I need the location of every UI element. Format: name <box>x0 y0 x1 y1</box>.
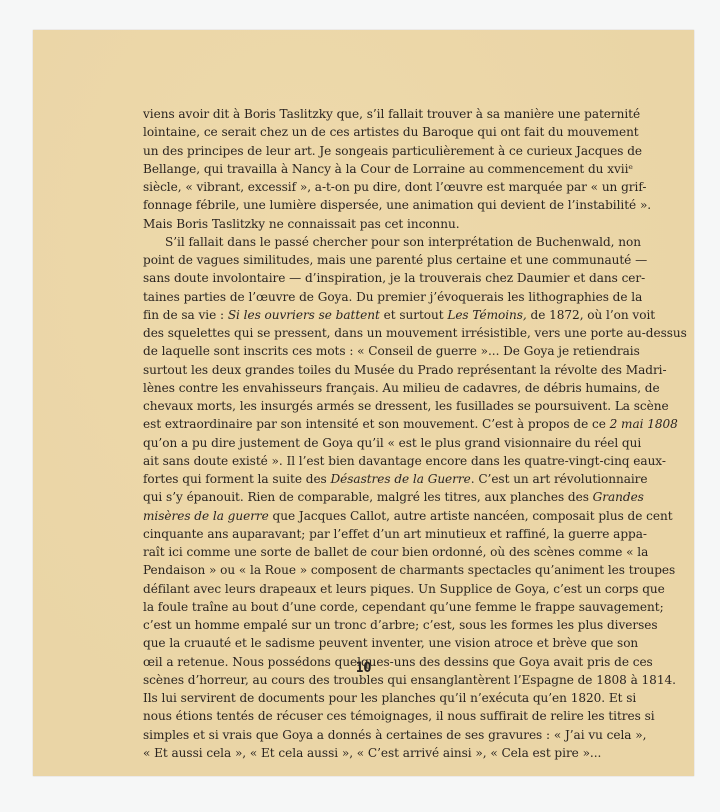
paragraph: S’il fallait dans le passé chercher pour… <box>143 233 587 762</box>
text-line: Pendaison » ou « la Roue » composent de … <box>143 561 587 579</box>
text-line: c’est un homme empalé sur un tronc d’arb… <box>143 616 587 634</box>
text-line: surtout les deux grandes toiles du Musée… <box>143 361 587 379</box>
text-line: défilant avec leurs drapeaux et leurs pi… <box>143 580 587 598</box>
text-line: ait sans doute existé ». Il l’est bien d… <box>143 452 587 470</box>
text-line: siècle, « vibrant, excessif », a-t-on pu… <box>143 178 587 196</box>
text-line: que la cruauté et le sadisme peuvent inv… <box>143 634 587 652</box>
text-line: S’il fallait dans le passé chercher pour… <box>143 233 587 251</box>
text-line: Mais Boris Taslitzky ne connaissait pas … <box>143 215 587 233</box>
text-line: chevaux morts, les insurgés armés se dre… <box>143 397 587 415</box>
text-line: qui s’y épanouit. Rien de comparable, ma… <box>143 488 587 506</box>
paragraph: viens avoir dit à Boris Taslitzky que, s… <box>143 105 587 233</box>
text-line: sans doute involontaire — d’inspiration,… <box>143 269 587 287</box>
book-page: viens avoir dit à Boris Taslitzky que, s… <box>33 30 694 776</box>
text-line: misères de la guerre que Jacques Callot,… <box>143 507 587 525</box>
text-line: un des principes de leur art. Je songeai… <box>143 142 587 160</box>
text-line: Ils lui servirent de documents pour les … <box>143 689 587 707</box>
text-line: raît ici comme une sorte de ballet de co… <box>143 543 587 561</box>
text-line: est extraordinaire par son intensité et … <box>143 415 587 433</box>
text-line: fin de sa vie : Si les ouvriers se batte… <box>143 306 587 324</box>
text-line: viens avoir dit à Boris Taslitzky que, s… <box>143 105 587 123</box>
text-line: point de vagues similitudes, mais une pa… <box>143 251 587 269</box>
text-line: taines parties de l’œuvre de Goya. Du pr… <box>143 288 587 306</box>
text-line: fortes qui forment la suite des Désastre… <box>143 470 587 488</box>
text-line: « Et aussi cela », « Et cela aussi », « … <box>143 744 587 762</box>
text-line: cinquante ans auparavant; par l’effet d’… <box>143 525 587 543</box>
text-line: Bellange, qui travailla à Nancy à la Cou… <box>143 160 587 178</box>
text-line: des squelettes qui se pressent, dans un … <box>143 324 587 342</box>
text-line: simples et si vrais que Goya a donnés à … <box>143 726 587 744</box>
page-number: 10 <box>99 660 628 676</box>
text-line: qu’on a pu dire justement de Goya qu’il … <box>143 434 587 452</box>
text-line: lènes contre les envahisseurs français. … <box>143 379 587 397</box>
text-line: fonnage fébrile, une lumière dispersée, … <box>143 196 587 214</box>
text-line: lointaine, ce serait chez un de ces arti… <box>143 123 587 141</box>
text-line: nous étions tentés de récuser ces témoig… <box>143 707 587 725</box>
text-line: la foule traîne au bout d’une corde, cep… <box>143 598 587 616</box>
text-line: de laquelle sont inscrits ces mots : « C… <box>143 342 587 360</box>
